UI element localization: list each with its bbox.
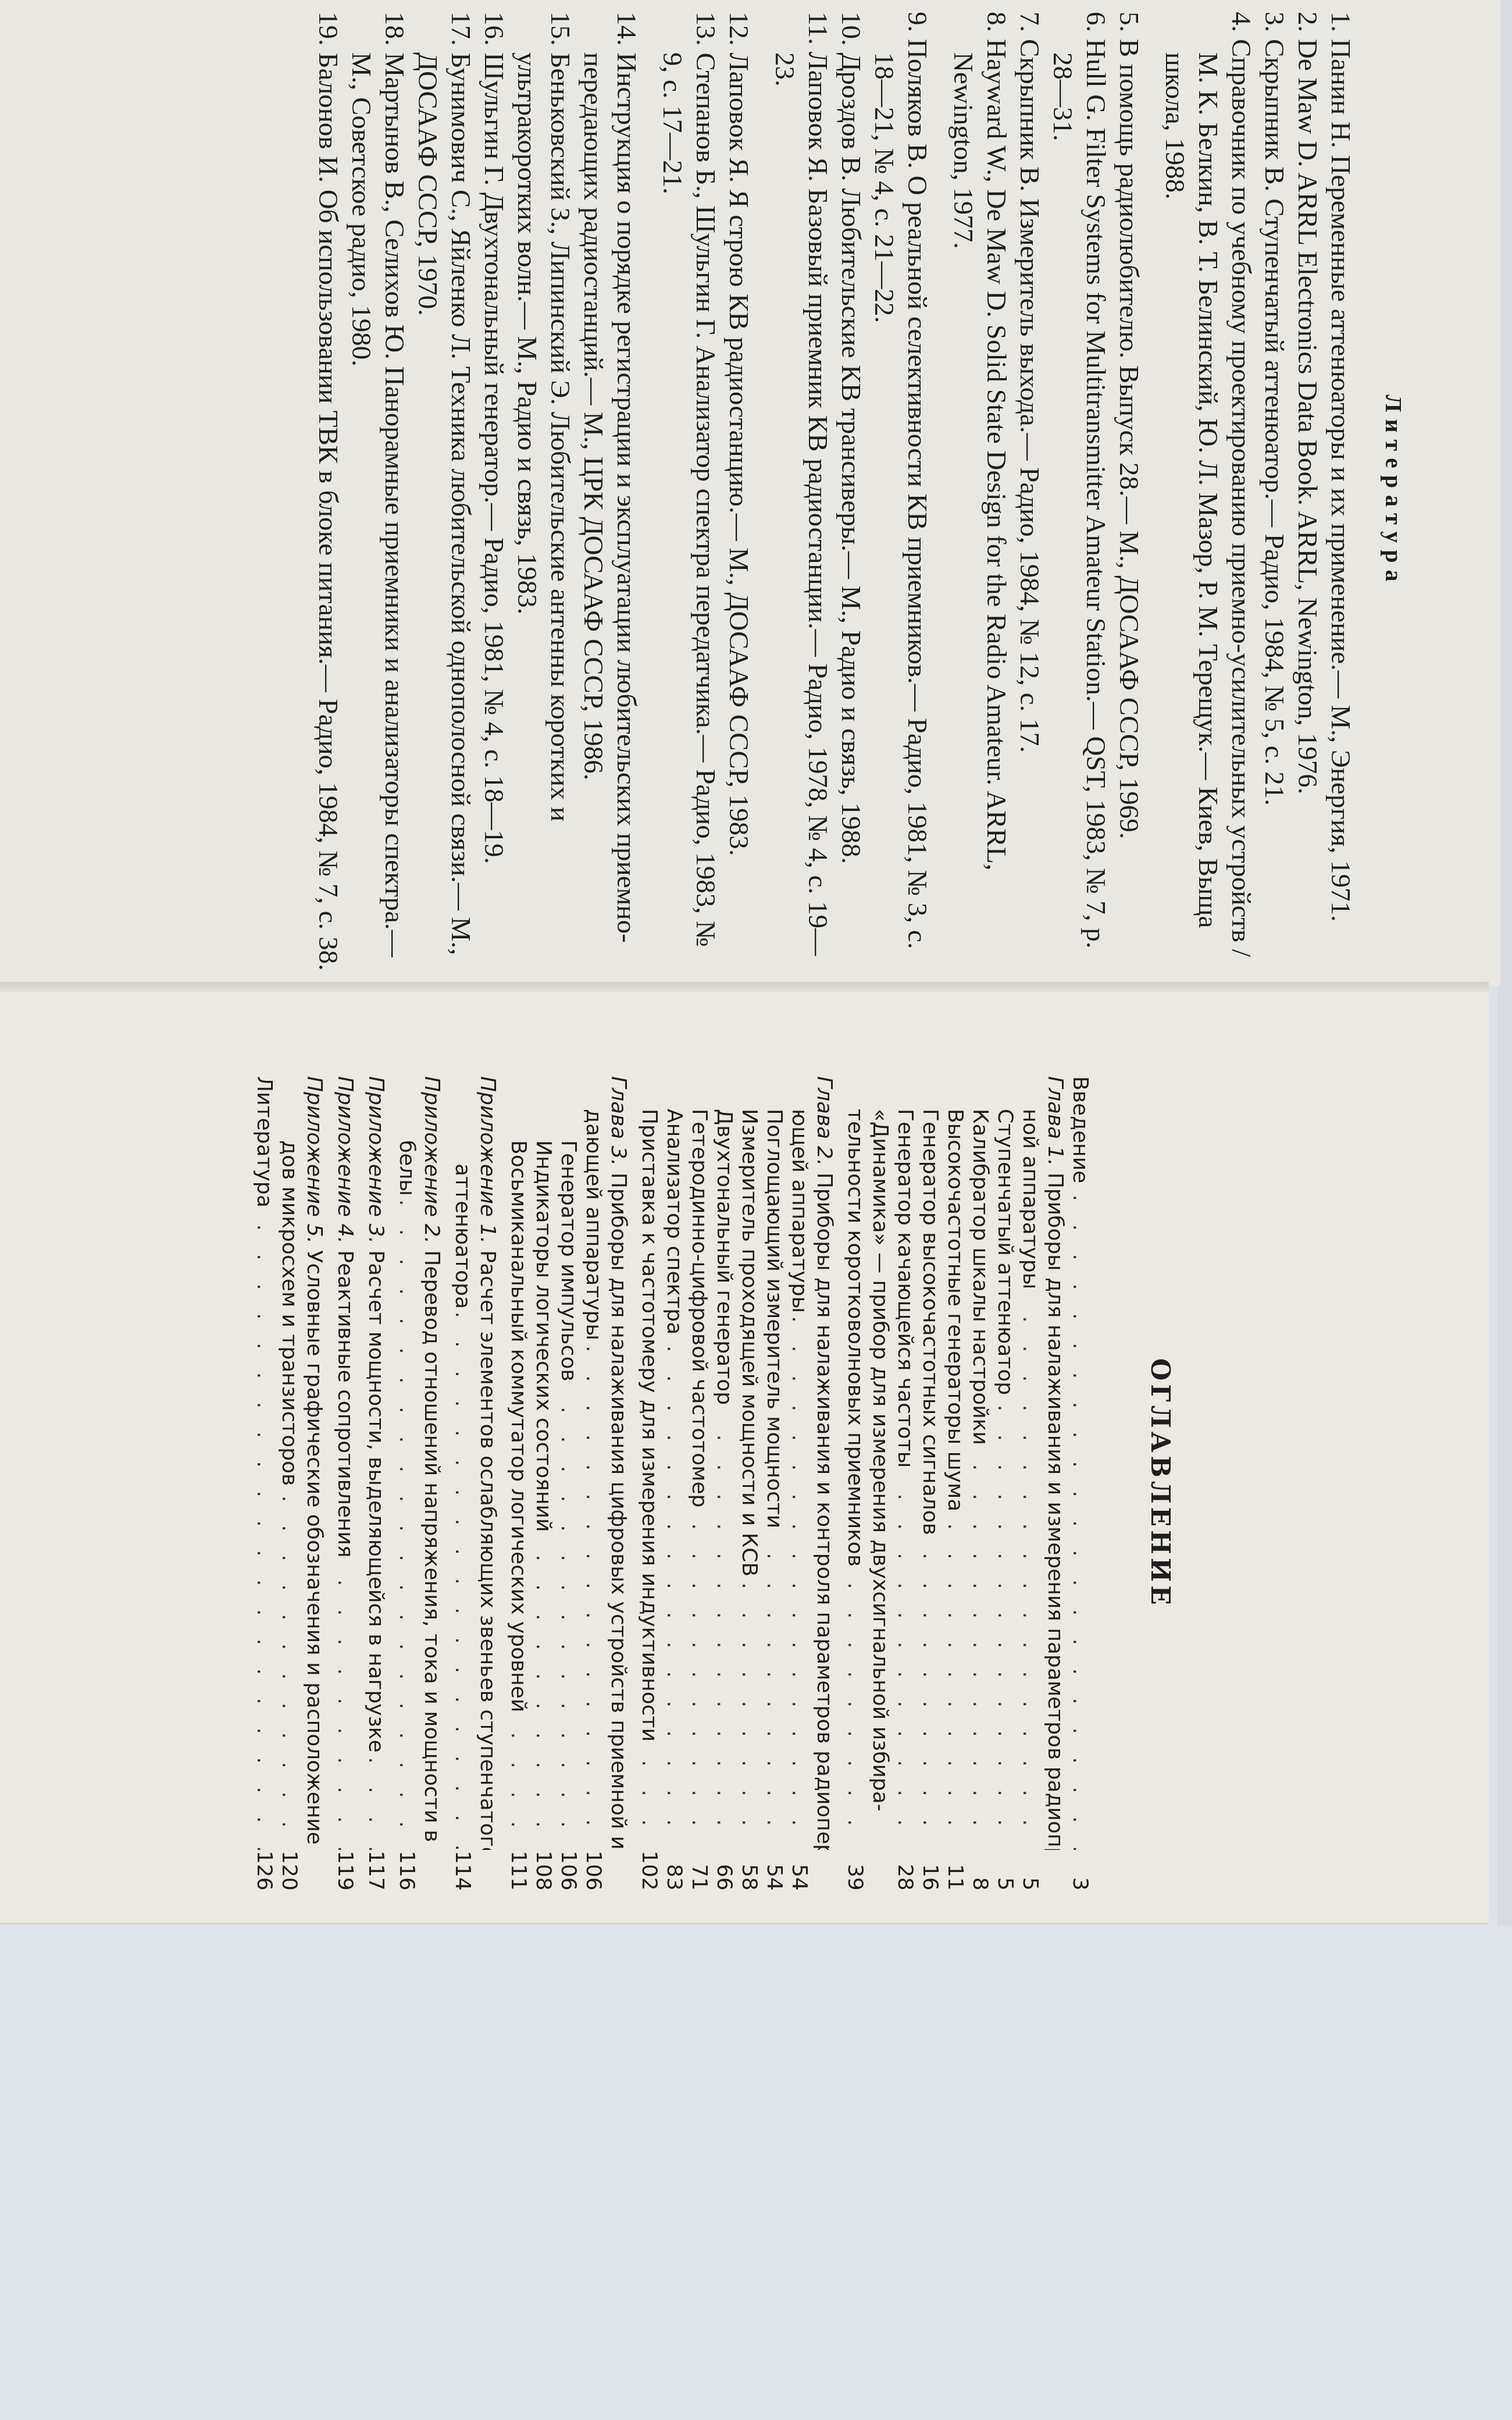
toc-entry-page: 28 [893,1850,918,1891]
toc-entry-prefix: Приложение 2. [420,1076,444,1250]
toc-entry-page: 102 [637,1850,662,1891]
toc-entry-label: Перевод отношений напряжения, тока и мощ… [420,1250,444,1850]
toc-entry-page: 106 [581,1850,606,1891]
toc-entry-label: аттенюатора [451,1163,475,1309]
reference-item: 2. De Maw D. ARRL Electronics Data Book.… [1290,12,1324,971]
toc-entry: Высокочастотные генераторы шума11 [943,1076,968,1891]
toc-entry-page: 54 [787,1850,812,1891]
reference-item: 17. Бунимович С., Яйленко Л. Техника люб… [411,12,477,971]
toc-entry-page [812,1850,837,1891]
toc-entry-label: Калибратор шкалы настройки [968,1109,992,1445]
toc-entry: Двухтональный генератор66 [712,1076,737,1891]
toc-entry: Приложение 1. Расчет элементов ослабляющ… [475,1076,500,1891]
reference-list: 1. Панин Н. Переменные аттенюаторы и их … [311,12,1357,971]
reference-item: 16. Шульгин Г. Двухтональный генератор.—… [477,12,510,971]
toc-entry: Ступенчатый аттенюатор5 [993,1076,1018,1891]
reference-item: 14. Инструкция о порядке регистрации и э… [576,12,643,971]
reference-item: 5. В помощь радиолюбителю. Выпуск 28.— М… [1112,12,1145,971]
reference-item: 1. Панин Н. Переменные аттенюаторы и их … [1324,12,1357,971]
toc-entry-label: «Динамика» — прибор для измерения двухси… [868,1109,892,1812]
toc-entry-page [475,1850,500,1891]
toc-entry-label: Ступенчатый аттенюатор [993,1109,1017,1395]
toc-entry-page: 106 [556,1850,581,1891]
toc-entry-page: 16 [918,1850,943,1891]
toc-entry-page: 71 [687,1850,712,1891]
toc-entry-page: 8 [968,1850,993,1891]
toc-entry: Генератор высокочастотных сигналов16 [918,1076,943,1891]
toc-entry-label: дающей аппаратуры [582,1109,605,1340]
toc-entry: Гетеродинно-цифровой частотомер71 [687,1076,712,1891]
toc-entry: Приложение 5. Условные графические обозн… [302,1076,327,1891]
toc-entry-page [302,1850,327,1891]
toc-entry-page: 117 [363,1850,388,1891]
toc-entry-page: 39 [843,1850,868,1891]
toc-entry-label: Измеритель проходящей мощности и КСВ [737,1109,761,1576]
toc-entry: Глава 2. Приборы для налаживания и контр… [812,1076,837,1891]
toc-entry-label: Поглощающий измеритель мощности [762,1109,786,1528]
toc-entry-page: 11 [943,1850,968,1891]
reference-item: 6. Hull G. Filter Systems for Multitrans… [1046,12,1112,971]
reference-item: 13. Степанов Б., Шульгин Г. Анализатор с… [655,12,722,971]
reference-item: 4. Справочник по учебному проектированию… [1158,12,1257,971]
toc-entry-page: 54 [762,1850,787,1891]
toc-entry: Генератор импульсов106 [556,1076,581,1891]
toc-entry: Измеритель проходящей мощности и КСВ58 [737,1076,762,1891]
toc-entry-page: 120 [277,1850,302,1891]
toc-entry-page: 108 [531,1850,556,1891]
background-surface [0,1920,1512,2420]
toc-entry-label: ющей аппаратуры [787,1109,811,1313]
toc-entry-label: Генератор качающейся частоты [893,1109,917,1468]
toc-entry: дов микросхем и транзисторов120 [277,1076,302,1891]
toc-entry-prefix: Глава 2. [812,1076,836,1173]
reference-item: 11. Лаповок Я. Базовый приемник КВ радио… [768,12,834,971]
toc-entry: Введение3 [1068,1076,1093,1891]
toc-entry: ной аппаратуры5 [1018,1076,1043,1891]
toc-entry-page: 58 [737,1850,762,1891]
reference-item: 7. Скрыпник В. Измеритель выхода.— Радио… [1012,12,1046,971]
toc-entry-prefix: Приложение 3. [364,1076,388,1250]
toc-entry-label: Высокочастотные генераторы шума [943,1109,967,1511]
toc-entry: тельности коротковолновых приемников39 [843,1076,868,1891]
toc-entry-page: 5 [993,1850,1018,1891]
toc-entry-label: Гетеродинно-цифровой частотомер [687,1109,711,1507]
toc-entry-prefix: Приложение 5. [302,1076,326,1250]
toc-entry-page [606,1850,631,1891]
toc-entry: Анализатор спектра83 [662,1076,687,1891]
bibliography-page: Литература 1. Панин Н. Переменные аттеню… [41,12,1425,971]
reference-item: 15. Беньковский З., Липинский Э. Любител… [510,12,576,971]
toc-entry-label: Приборы для налаживания и контроля парам… [812,1173,836,1850]
reference-item: 18. Мартынов В., Селихов Ю. Панорамные п… [344,12,411,971]
toc-entry-label: Введение [1068,1076,1092,1183]
toc-entry: Приставка к частотомеру для измерения ин… [637,1076,662,1891]
toc-entry: Литература126 [252,1076,277,1891]
toc-entry-label: Литература [252,1076,276,1208]
toc-entry-page: 116 [394,1850,419,1891]
reference-item: 9. Поляков В. О реальной селективности К… [867,12,933,971]
toc-entry: дающей аппаратуры106 [581,1076,606,1891]
toc-entry-label: Условные графические обозначения и распо… [302,1250,326,1850]
reference-item: 12. Лаповок Я. Я строю КВ радиостанцию.—… [722,12,755,971]
toc-entry-page [419,1850,444,1891]
contents-page: ОГЛАВЛЕНИЕ Введение3Глава 1. Приборы для… [268,1076,1175,1891]
toc-entry: Калибратор шкалы настройки8 [968,1076,993,1891]
toc-entry-page: 111 [506,1850,531,1891]
toc-entry-prefix: Глава 1. [1043,1076,1067,1173]
toc-entry-label: Двухтональный генератор [712,1109,736,1405]
book-spine-fold [0,982,1489,992]
reference-item: 19. Балонов И. Об использовании ТВК в бл… [311,12,344,971]
toc-entry: Глава 3. Приборы для налаживания цифровы… [606,1076,631,1891]
contents-title: ОГЛАВЛЕНИЕ [1145,1076,1175,1891]
toc-entry: Восьмиканальный коммутатор логических ур… [506,1076,531,1891]
reference-item: 3. Скрыпник В. Ступенчатый аттенюатор.— … [1257,12,1290,971]
bibliography-title: Литература [1380,12,1407,971]
toc-entry: Приложение 3. Расчет мощности, выделяюще… [363,1076,388,1891]
toc-entry-label: Приборы для налаживания цифровых устройс… [607,1173,630,1850]
toc-entry-page: 3 [1068,1850,1093,1891]
toc-entry-prefix: Глава 3. [607,1076,630,1173]
toc-entry-page: 114 [450,1850,475,1891]
toc-entry: белы116 [394,1076,419,1891]
toc-entry-label: Индикаторы логических состояний [532,1140,555,1532]
reference-item: 8. Hayward W., De Maw D. Solid State Des… [946,12,1012,971]
toc-entry-page: 126 [252,1850,277,1891]
toc-entry-page: 66 [712,1850,737,1891]
toc-entry-label: Реактивные сопротивления [333,1250,357,1557]
toc-entry: аттенюатора114 [450,1076,475,1891]
toc-entry-label: Расчет элементов ослабляющих звеньев сту… [476,1250,500,1850]
toc-entry-label: Генератор импульсов [557,1140,580,1382]
toc-entry: Индикаторы логических состояний108 [531,1076,556,1891]
toc-entry-page: 119 [333,1850,358,1891]
toc-entry-label: Приборы для налаживания и измерения пара… [1043,1173,1067,1850]
toc-entry-label: Приставка к частотомеру для измерения ин… [637,1109,661,1742]
toc-entry-label: дов микросхем и транзисторов [277,1140,301,1486]
toc-entry-page [1043,1850,1068,1891]
toc-entry-label: Генератор высокочастотных сигналов [918,1109,942,1535]
toc-entry-prefix: Приложение 4. [333,1076,357,1250]
toc-entry-page: 83 [662,1850,687,1891]
contents-list: Введение3Глава 1. Приборы для налаживани… [252,1076,1093,1891]
toc-entry-label: тельности коротковолновых приемников [843,1109,867,1567]
toc-entry-label: ной аппаратуры [1018,1109,1042,1289]
toc-entry-label: белы [395,1140,419,1196]
toc-entry-label: Восьмиканальный коммутатор логических ур… [507,1140,530,1712]
toc-entry-page: 5 [1018,1850,1043,1891]
toc-entry: Глава 1. Приборы для налаживания и измер… [1043,1076,1068,1891]
toc-entry: Поглощающий измеритель мощности54 [762,1076,787,1891]
toc-entry: ющей аппаратуры54 [787,1076,812,1891]
toc-entry: Приложение 2. Перевод отношений напряжен… [419,1076,444,1891]
toc-entry: Приложение 4. Реактивные сопротивления11… [333,1076,358,1891]
toc-entry-label: Расчет мощности, выделяющейся в нагрузке [364,1250,388,1752]
reference-item: 10. Дроздов В. Любительские КВ трансивер… [834,12,867,971]
toc-entry-prefix: Приложение 1. [476,1076,500,1250]
toc-entry-page [868,1850,893,1891]
toc-entry: «Динамика» — прибор для измерения двухси… [868,1076,893,1891]
toc-entry-label: Анализатор спектра [662,1109,686,1334]
toc-entry: Генератор качающейся частоты28 [893,1076,918,1891]
